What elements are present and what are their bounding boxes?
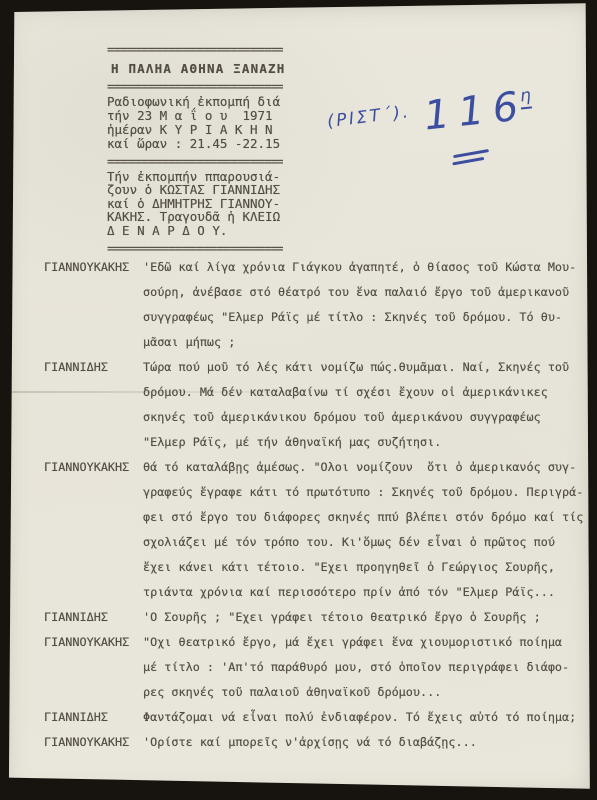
text-line: θά τό καταλάβῃς ἀμέσως. "Ολοι νομίζουν ὅ… <box>143 455 583 480</box>
text-line: καί ὥραν : 21.45 -22.15 <box>107 137 280 151</box>
text-line: σχολιάζει μέ τόν τρόπο του. Κι'ὅμως δέν … <box>143 530 583 555</box>
text-line: ΚΑΚΗΣ. Τραγουδᾶ ἡ ΚΛΕΙΩ <box>107 210 280 223</box>
text-line: Φαντάζομαι νά εἶναι πολύ ἐνδιαφέρον. Τό … <box>143 705 581 730</box>
text-line: Τώρα πού μοῦ τό λές κάτι νομίζω πώς.θυμᾶ… <box>143 355 581 380</box>
text-line: ζουν ὁ ΚΩΣΤΑΣ ΓΙΑΝΝΙΔΗΣ <box>107 183 280 196</box>
text-line: Τήν ἐκπομπήν ππαρουσιά- <box>107 170 280 183</box>
text-line: σούρη, ἀνέβασε στό θέατρό του ἕνα παλαιό… <box>143 280 581 305</box>
handwritten-double-underline <box>451 147 494 172</box>
text-line: σκηνές τοῦ ἀμερικάνικου δρόμου τοῦ ἀμερι… <box>143 405 581 430</box>
page-title: Η ΠΑΛΗΑ ΑΘΗΝΑ ΞΑΝΑΖΗ <box>111 61 286 76</box>
handwritten-greek-numeral: (ΡΙΣΤ΄). <box>326 102 411 132</box>
dialogue-block: ΓΙΑΝΝΟΥΚΑΚΗΣ 'Εδῶ καί λίγα χρόνια Γιάγκο… <box>44 255 581 355</box>
dialogue-text: "Οχι θεατρικό ἔργο, μά ἔχει γράφει ἕνα χ… <box>143 630 581 705</box>
text-line: φει στό ἔργο του διάφορες σκηνές ππύ βλέ… <box>143 505 583 530</box>
text-line: ἔχει κάνει κάτι τέτοιο. "Εχει προηγηθεῖ … <box>143 555 583 580</box>
dialogue-text: 'Εδῶ καί λίγα χρόνια Γιάγκου ἀγαπητέ, ὁ … <box>143 255 581 355</box>
text-line: 'Εδῶ καί λίγα χρόνια Γιάγκου ἀγαπητέ, ὁ … <box>143 255 581 280</box>
text-line: 'Ο Σουρῆς ; "Εχει γράφει τέτοιο θεατρικό… <box>143 605 581 630</box>
speaker-label: ΓΙΑΝΝΟΥΚΑΚΗΣ <box>44 730 143 755</box>
episode-number-digits: 116 <box>422 83 530 140</box>
dialogue-text: Φαντάζομαι νά εἶναι πολύ ἐνδιαφέρον. Τό … <box>143 705 581 730</box>
dialogue-section: ΓΙΑΝΝΟΥΚΑΚΗΣ 'Εδῶ καί λίγα χρόνια Γιάγκο… <box>44 255 581 755</box>
underline-stroke <box>452 157 484 165</box>
episode-number-suffix: η <box>519 85 532 109</box>
text-line: ρες σκηνές τοῦ παλαιοῦ ἀθηναϊκοῦ δρόμου.… <box>143 680 581 705</box>
separator-line: ========================================… <box>107 82 283 94</box>
text-line: "Ελμερ Ράϊς, μέ τήν ἀθηναϊκή μας συζήτησ… <box>143 430 581 455</box>
text-line: "Οχι θεατρικό ἔργο, μά ἔχει γράφει ἕνα χ… <box>143 630 581 655</box>
text-line: 'Ορίστε καί μπορεῖς ν'ἀρχίσῃς νά τό διαβ… <box>143 730 581 755</box>
dialogue-block: ΓΙΑΝΝΟΥΚΑΚΗΣ 'Ορίστε καί μπορεῖς ν'ἀρχίσ… <box>44 730 581 755</box>
text-line: Ραδιοφωνική ἐκπομπή διά <box>107 95 280 109</box>
speaker-label: ΓΙΑΝΝΙΔΗΣ <box>44 705 143 730</box>
dialogue-block: ΓΙΑΝΝΙΔΗΣ Φαντάζομαι νά εἶναι πολύ ἐνδια… <box>44 705 581 730</box>
speaker-label: ΓΙΑΝΝΙΔΗΣ <box>44 605 143 630</box>
dialogue-block: ΓΙΑΝΝΙΔΗΣ Τώρα πού μοῦ τό λές κάτι νομίζ… <box>44 355 581 455</box>
dialogue-text: Τώρα πού μοῦ τό λές κάτι νομίζω πώς.θυμᾶ… <box>143 355 581 455</box>
text-line: Δ Ε Ν Α Ρ Δ Ο Υ. <box>107 224 280 237</box>
speaker-label: ΓΙΑΝΝΙΔΗΣ <box>44 355 143 380</box>
speaker-label: ΓΙΑΝΝΟΥΚΑΚΗΣ <box>44 455 143 480</box>
text-line: τριάντα χρόνια καί περισσότερο πρίν ἀπό … <box>143 580 583 605</box>
presenters-info: Τήν ἐκπομπήν ππαρουσιά-ζουν ὁ ΚΩΣΤΑΣ ΓΙΑ… <box>107 170 280 237</box>
text-line: δρόμου. Μά δέν καταλαβαίνω τί σχέσι ἔχου… <box>143 380 581 405</box>
dialogue-text: 'Ο Σουρῆς ; "Εχει γράφει τέτοιο θεατρικό… <box>143 605 581 630</box>
dialogue-text: θά τό καταλάβῃς ἀμέσως. "Ολοι νομίζουν ὅ… <box>143 455 583 605</box>
text-line: τήν 23 Μ α ΐ ο υ 1971 <box>107 109 280 123</box>
text-line: ἡμέραν Κ Υ Ρ Ι Α Κ Η Ν <box>107 123 280 137</box>
scanned-page-photo: ========================================… <box>0 0 597 800</box>
text-line: καί ὁ ΔΗΜΗΤΡΗΣ ΓΙΑΝΝΟΥ- <box>107 197 280 210</box>
text-line: μᾶσαι μήπως ; <box>143 330 581 355</box>
text-line: συγγραφέως "Ελμερ Ράϊς μέ τίτλο : Σκηνές… <box>143 305 581 330</box>
text-line: γραφεύς ἔγραφε κάτι τό πρωτότυπο : Σκηνέ… <box>143 480 583 505</box>
broadcast-info: Ραδιοφωνική ἐκπομπή διάτήν 23 Μ α ΐ ο υ … <box>107 95 280 151</box>
text-line: μέ τίτλο : 'Απ'τό παράθυρό μου, στό ὁποῖ… <box>143 655 581 680</box>
speaker-label: ΓΙΑΝΝΟΥΚΑΚΗΣ <box>44 255 143 280</box>
dialogue-block: ΓΙΑΝΝΙΔΗΣ 'Ο Σουρῆς ; "Εχει γράφει τέτοι… <box>44 605 581 630</box>
dialogue-block: ΓΙΑΝΝΟΥΚΑΚΗΣ "Οχι θεατρικό ἔργο, μά ἔχει… <box>44 630 581 705</box>
paper-sheet: ========================================… <box>0 0 597 800</box>
separator-line: ========================================… <box>107 157 283 169</box>
speaker-label: ΓΙΑΝΝΟΥΚΑΚΗΣ <box>44 630 143 655</box>
dialogue-block: ΓΙΑΝΝΟΥΚΑΚΗΣ θά τό καταλάβῃς ἀμέσως. "Ολ… <box>44 455 581 605</box>
separator-line: ========================================… <box>107 45 283 57</box>
dialogue-text: 'Ορίστε καί μπορεῖς ν'ἀρχίσῃς νά τό διαβ… <box>143 730 581 755</box>
handwritten-episode-number: 116η <box>422 82 534 139</box>
